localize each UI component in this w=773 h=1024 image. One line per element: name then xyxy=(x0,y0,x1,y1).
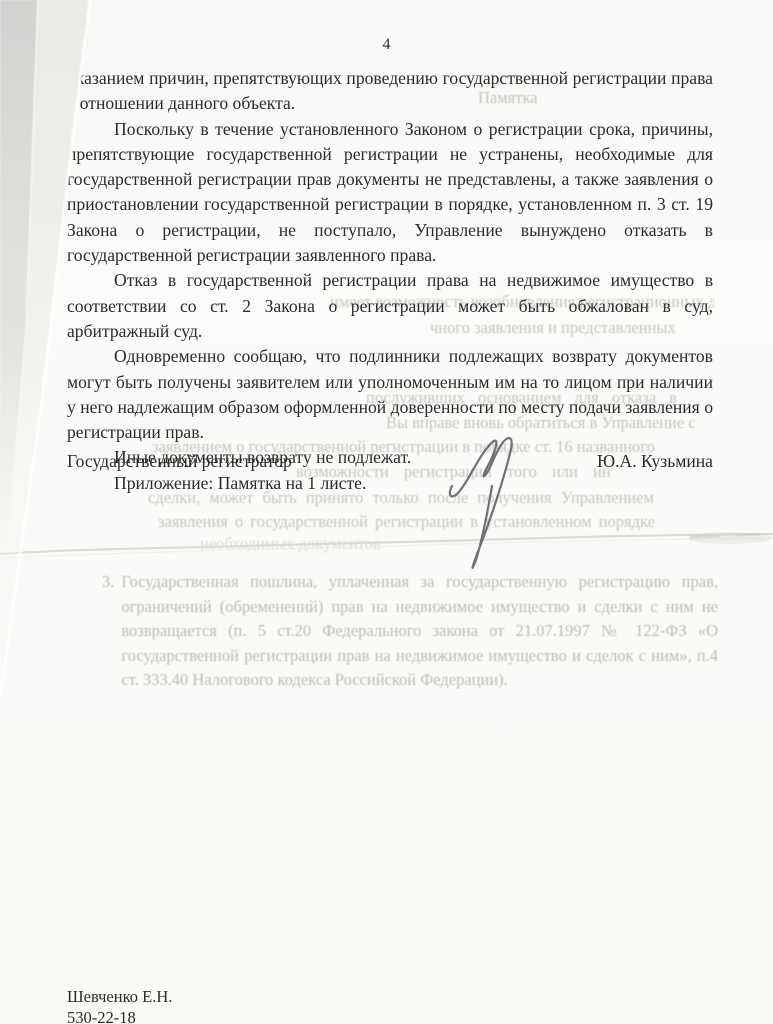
signature-name: Ю.А. Кузьмина xyxy=(597,451,713,472)
scanned-letter-page: Памятка имеет возможность возобновления … xyxy=(0,0,773,1024)
paragraph-attachment: Приложение: Памятка на 1 листе. xyxy=(67,471,713,496)
bleed-item3-text: Государственная пошлина, уплаченная за г… xyxy=(121,570,718,693)
paragraph-appeal: Отказ в государственной регистрации прав… xyxy=(67,268,713,344)
paper-corner-shadow xyxy=(0,0,130,720)
paragraph-continuation: указанием причин, препятствующих проведе… xyxy=(67,66,713,117)
executor-phone: 530-22-18 xyxy=(67,1007,172,1024)
letter-body: указанием причин, препятствующих проведе… xyxy=(67,66,713,496)
paragraph-documents-return: Одновременно сообщаю, что подлинники под… xyxy=(67,344,713,445)
paragraph-refusal-grounds: Поскольку в течение установленного Закон… xyxy=(67,117,713,269)
footer-executor-block: Шевченко Е.Н. 530-22-18 xyxy=(67,986,172,1024)
bleed-item3: 3. Государственная пошлина, уплаченная з… xyxy=(102,570,718,693)
signature-block: Государственный регистратор Ю.А. Кузьмин… xyxy=(67,451,713,472)
signature-scribble xyxy=(438,424,528,576)
executor-name: Шевченко Е.Н. xyxy=(67,986,172,1007)
